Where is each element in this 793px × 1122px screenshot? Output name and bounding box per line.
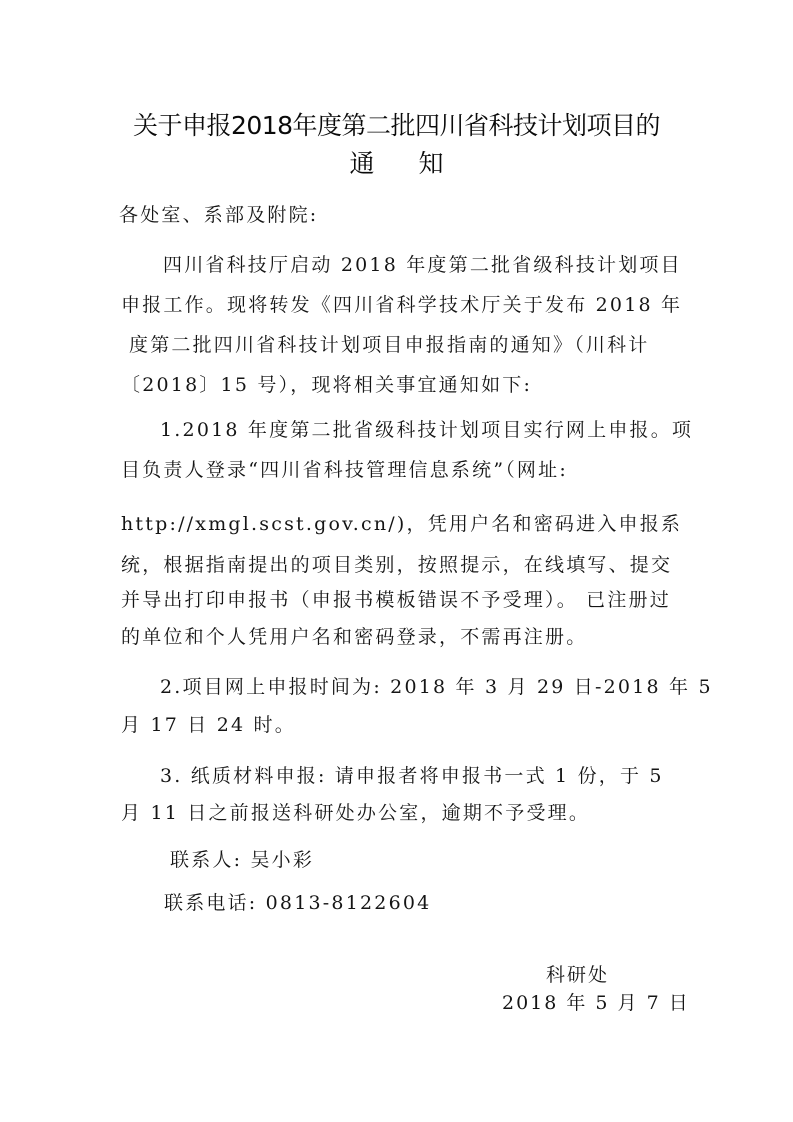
notice-title-char: 知 [418, 144, 443, 180]
item1-line: 统，根据指南提出的项目类别，按照提示，在线填写、提交 [121, 550, 672, 577]
contact-phone: 联系电话: 0813-8122604 [164, 888, 431, 915]
intro-line: 四川省科技厅启动 2018 年度第二批省级科技计划项目 [163, 250, 682, 277]
salutation: 各处室、系部及附院: [119, 200, 318, 227]
intro-line: 度第二批四川省科技计划项目申报指南的通知》（川科计 [129, 330, 650, 357]
item1-url-line: http://xmgl.scst.gov.cn/)，凭用户名和密码进入申报系 [121, 509, 682, 536]
item2-line: 2.项目网上申报时间为: 2018 年 3 月 29 日-2018 年 5 [160, 672, 713, 699]
intro-line: 申报工作。现将转发《四川省科学技术厅关于发布 2018 年 [121, 290, 682, 317]
document-page: 关于申报2018年度第二批四川省科技计划项目的 通 知 各处室、系部及附院: 四… [0, 0, 793, 1122]
notice-title-char: 通 [350, 144, 375, 180]
contact-person: 联系人: 吴小彩 [170, 845, 314, 872]
item1-line: 1.2018 年度第二批省级科技计划项目实行网上申报。项 [160, 415, 693, 442]
notice-title: 关于申报2018年度第二批四川省科技计划项目的 [0, 106, 793, 142]
signature-date: 2018 年 5 月 7 日 [502, 988, 690, 1015]
item1-line: 目负责人登录“四川省科技管理信息系统”（网址: [121, 455, 568, 482]
item2-line: 月 17 日 24 时。 [121, 710, 296, 737]
item1-line: 的单位和个人凭用户名和密码登录，不需再注册。 [121, 622, 587, 649]
item1-line: 并导出打印申报书（申报书模板错误不予受理）。 已注册过 [121, 585, 671, 612]
item3-line: 3. 纸质材料申报: 请申报者将申报书一式 1 份，于 5 [160, 761, 664, 788]
notice-title-line2: 通 知 [0, 144, 793, 180]
intro-line: 〔2018〕15 号），现将相关事宜通知如下: [121, 370, 532, 397]
signature-department: 科研处 [546, 960, 609, 987]
item3-line: 月 11 日之前报送科研处办公室，逾期不予受理。 [121, 798, 590, 825]
